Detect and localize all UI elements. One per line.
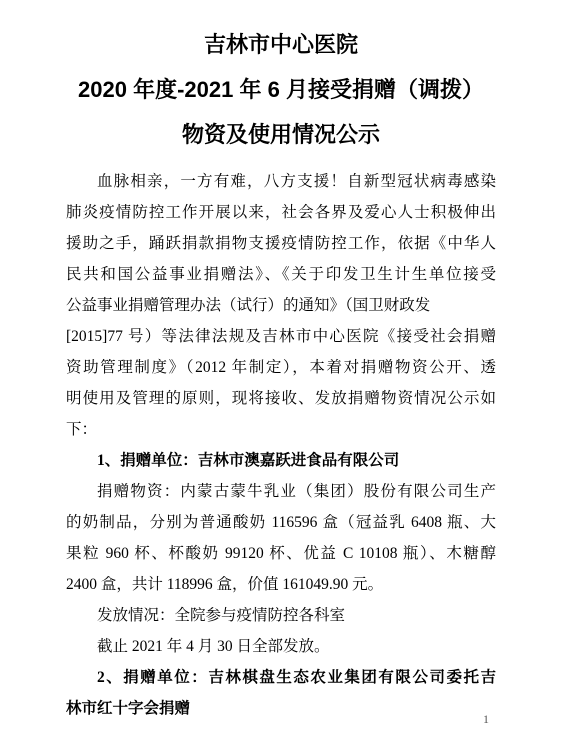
page-number: 1 bbox=[476, 710, 496, 728]
title-line-hospital: 吉林市中心医院 bbox=[66, 22, 496, 67]
body-line: [2015]77 号）等法律法规及吉林市中心医院《接受社会捐赠 bbox=[66, 321, 496, 352]
body-line: 的奶制品，分别为普通酸奶 116596 盒（冠益乳 6408 瓶、大 bbox=[66, 507, 496, 538]
section-heading-donor-1: 1、捐赠单位：吉林市澳嘉跃进食品有限公司 bbox=[66, 445, 496, 476]
body-line: 明使用及管理的原则，现将接收、发放捐赠物资情况公示如 bbox=[66, 383, 496, 414]
document-page: 吉林市中心医院 2020 年度-2021 年 6 月接受捐赠（调拨） 物资及使用… bbox=[0, 0, 562, 742]
body-line: 援助之手，踊跃捐款捐物支援疫情防控工作，依据《中华人 bbox=[66, 228, 496, 259]
body-line: 截止 2021 年 4 月 30 日全部发放。 bbox=[66, 631, 496, 662]
body-line: 林市红十字会捐赠 bbox=[66, 693, 496, 724]
body-line: 2400 盒，共计 118996 盒，价值 161049.90 元。 bbox=[66, 569, 496, 600]
body-line: 资助管理制度》（2012 年制定），本着对捐赠物资公开、透 bbox=[66, 352, 496, 383]
title-line-subject: 物资及使用情况公示 bbox=[66, 112, 496, 157]
document-body: 血脉相亲，一方有难，八方支援！自新型冠状病毒感染 肺炎疫情防控工作开展以来，社会… bbox=[66, 166, 496, 724]
body-line: 民共和国公益事业捐赠法》、《关于印发卫生计生单位接受 bbox=[66, 259, 496, 290]
body-line: 下： bbox=[66, 414, 496, 445]
section-heading-donor-2: 2、捐赠单位：吉林棋盘生态农业集团有限公司委托吉 bbox=[66, 662, 496, 693]
body-line: 发放情况：全院参与疫情防控各科室 bbox=[66, 600, 496, 631]
title-line-period: 2020 年度-2021 年 6 月接受捐赠（调拨） bbox=[66, 67, 496, 112]
body-line: 血脉相亲，一方有难，八方支援！自新型冠状病毒感染 bbox=[66, 166, 496, 197]
body-line: 公益事业捐赠管理办法（试行）的通知》（国卫财政发 bbox=[66, 290, 496, 321]
body-line: 捐赠物资：内蒙古蒙牛乳业（集团）股份有限公司生产 bbox=[66, 476, 496, 507]
body-line: 果粒 960 杯、杯酸奶 99120 杯、优益 C 10108 瓶）、木糖醇 bbox=[66, 538, 496, 569]
document-title: 吉林市中心医院 2020 年度-2021 年 6 月接受捐赠（调拨） 物资及使用… bbox=[66, 22, 496, 157]
body-line: 肺炎疫情防控工作开展以来，社会各界及爱心人士积极伸出 bbox=[66, 197, 496, 228]
